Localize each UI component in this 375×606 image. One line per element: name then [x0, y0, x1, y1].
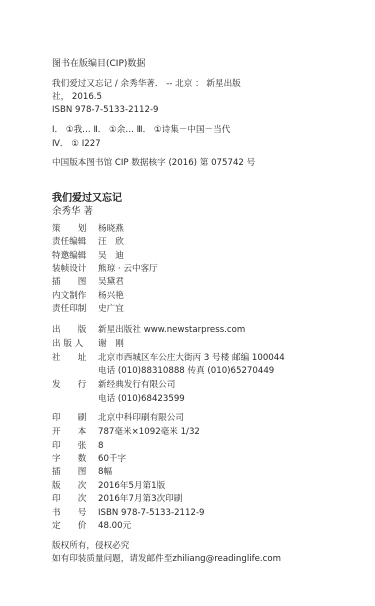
publisher-value: 新星出版社 www.newstarpress.com	[98, 324, 245, 336]
publisher-label	[52, 393, 98, 405]
spec-row: 印 张8	[52, 440, 103, 452]
spec-row: 开 本787毫米×1092毫米 1/32	[52, 426, 200, 438]
publisher-value: 北京市西城区车公庄大街丙 3 号楼 邮编 100044	[98, 352, 285, 364]
copyright-notice: 版权所有，侵权必究	[52, 540, 129, 552]
credit-value: 吴黛君	[98, 276, 124, 288]
spec-label: 插 图	[52, 466, 98, 478]
publisher-row: 社 址北京市西城区车公庄大街丙 3 号楼 邮编 100044	[52, 352, 285, 364]
cip-line: Ⅰ． ①我… Ⅱ． ①余… Ⅲ． ①诗集－中国－当代	[52, 124, 230, 136]
spec-row: 定 价48.00元	[52, 520, 131, 532]
spec-row: 字 数60千字	[52, 453, 126, 465]
spec-label: 定 价	[52, 520, 98, 532]
credit-value: 史广宜	[98, 303, 124, 315]
spec-label: 书 号	[52, 507, 98, 519]
cip-line: 中国版本图书馆 CIP 数据核字 (2016) 第 075742 号	[52, 157, 255, 169]
cip-heading: 图书在版编目(CIP)数据	[52, 58, 145, 70]
cip-line: ISBN 978-7-5133-2112-9	[52, 104, 159, 116]
credit-label: 特邀编辑	[52, 250, 98, 262]
credit-label: 装帧设计	[52, 263, 98, 275]
credit-row: 责任印制史广宜	[52, 303, 124, 315]
spec-value: 8幅	[98, 466, 112, 478]
spec-label: 开 本	[52, 426, 98, 438]
spec-label: 印 次	[52, 493, 98, 505]
spec-row: 印 次2016年7月第3次印刷	[52, 493, 182, 505]
credit-row: 内文制作杨兴艳	[52, 290, 124, 302]
spec-value: 787毫米×1092毫米 1/32	[98, 426, 200, 438]
publisher-row: 出 版 人谢 刚	[52, 338, 124, 350]
credit-row: 策 划杨晓燕	[52, 223, 124, 235]
spec-row: 书 号ISBN 978-7-5133-2112-9	[52, 507, 205, 519]
credit-value: 杨晓燕	[98, 223, 124, 235]
book-author: 余秀华 著	[52, 206, 93, 218]
cip-line: 社， 2016.5	[52, 91, 102, 103]
credit-row: 责任编辑汪 欣	[52, 236, 124, 248]
publisher-label	[52, 365, 98, 377]
credit-label: 插 图	[52, 276, 98, 288]
credit-value: 熊琼 · 云中客厅	[98, 263, 158, 275]
spec-label: 版 次	[52, 480, 98, 492]
publisher-row: 出 版新星出版社 www.newstarpress.com	[52, 324, 245, 336]
publisher-value: 电话 (010)68423599	[98, 393, 185, 405]
cip-line: 我们爱过又忘记 / 余秀华著． -- 北京 ： 新星出版	[52, 78, 241, 90]
publisher-row: 电话 (010)68423599	[52, 393, 185, 405]
spec-label: 印 张	[52, 440, 98, 452]
spec-value: 8	[98, 440, 103, 452]
spec-value: ISBN 978-7-5133-2112-9	[98, 507, 205, 519]
publisher-label: 出 版	[52, 324, 98, 336]
book-title: 我们爱过又忘记	[52, 193, 122, 205]
spec-row: 版 次2016年5月第1版	[52, 480, 165, 492]
credit-row: 装帧设计熊琼 · 云中客厅	[52, 263, 158, 275]
spec-value: 60千字	[98, 453, 126, 465]
publisher-label: 出 版 人	[52, 338, 98, 350]
publisher-label: 发 行	[52, 379, 98, 391]
spec-label: 字 数	[52, 453, 98, 465]
spec-value: 2016年7月第3次印刷	[98, 493, 182, 505]
credit-label: 内文制作	[52, 290, 98, 302]
credit-value: 吴 迪	[98, 250, 124, 262]
publisher-row: 发 行新经典发行有限公司	[52, 379, 175, 391]
publisher-value: 新经典发行有限公司	[98, 379, 175, 391]
spec-value: 北京中科印刷有限公司	[98, 412, 184, 424]
credit-value: 杨兴艳	[98, 290, 124, 302]
credit-label: 责任印制	[52, 303, 98, 315]
publisher-value: 谢 刚	[98, 338, 124, 350]
publisher-value: 电话 (010)88310888 传真 (010)65270449	[98, 365, 274, 377]
cip-line: Ⅳ． ① I227	[52, 138, 101, 150]
credit-value: 汪 欣	[98, 236, 124, 248]
spec-label: 印 刷	[52, 412, 98, 424]
publisher-label: 社 址	[52, 352, 98, 364]
spec-row: 插 图8幅	[52, 466, 112, 478]
credit-row: 插 图吴黛君	[52, 276, 124, 288]
publisher-row: 电话 (010)88310888 传真 (010)65270449	[52, 365, 274, 377]
credit-row: 特邀编辑吴 迪	[52, 250, 124, 262]
credit-label: 责任编辑	[52, 236, 98, 248]
spec-value: 2016年5月第1版	[98, 480, 165, 492]
spec-value: 48.00元	[98, 520, 131, 532]
contact-notice: 如有印装质量问题，请发邮件至zhiliang@readinglife.com	[52, 553, 281, 565]
spec-row: 印 刷北京中科印刷有限公司	[52, 412, 184, 424]
credit-label: 策 划	[52, 223, 98, 235]
